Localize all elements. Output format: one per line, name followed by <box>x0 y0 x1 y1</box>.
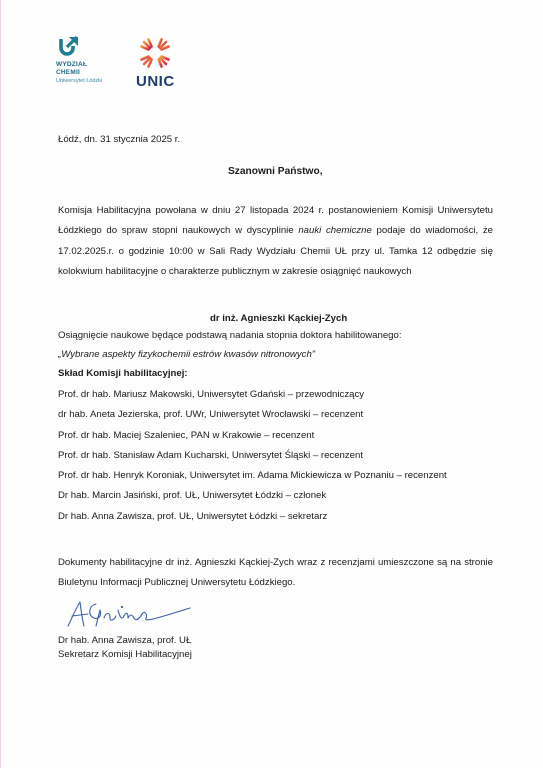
faculty-arrow-logo-icon <box>58 35 80 57</box>
letter-page: WYDZIAŁ CHEMII Uniwersytet Łódzki <box>0 0 543 768</box>
achievement-title: „Wybrane aspekty fizykochemii estrów kwa… <box>58 349 315 361</box>
faculty-name-line2: CHEMII <box>56 69 80 76</box>
faculty-logo: WYDZIAŁ CHEMII Uniwersytet Łódzki <box>54 34 124 98</box>
committee-member: Dr hab. Marcin Jasiński, prof. UŁ, Uniwe… <box>58 490 447 510</box>
committee-member: Prof. dr hab. Maciej Szaleniec, PAN w Kr… <box>58 430 447 450</box>
committee-member: Prof. dr hab. Stanisław Adam Kucharski, … <box>58 450 447 470</box>
committee-heading: Skład Komisji habilitacyjnej: <box>58 368 188 380</box>
achievement-label: Osiągnięcie naukowe będące podstawą nada… <box>58 330 402 342</box>
salutation: Szanowni Państwo, <box>228 166 323 178</box>
faculty-name-line1: WYDZIAŁ <box>56 61 87 68</box>
unic-sunburst-logo-icon <box>138 36 172 70</box>
unic-logo: UNIC <box>132 34 182 98</box>
header-logos: WYDZIAŁ CHEMII Uniwersytet Łódzki <box>54 34 194 98</box>
page-edge <box>0 0 1 768</box>
discipline-name: nauki chemiczne <box>298 225 372 236</box>
documents-note: Dokumenty habilitacyjne dr inż. Agnieszk… <box>58 553 493 594</box>
candidate-name: dr inż. Agnieszki Kąckiej-Zych <box>210 313 347 325</box>
unic-wordmark: UNIC <box>136 73 175 90</box>
letter-date: Łódź, dn. 31 stycznia 2025 r. <box>58 134 180 146</box>
signatory-name: Dr hab. Anna Zawisza, prof. UŁ <box>58 635 191 647</box>
committee-member: Prof. dr hab. Mariusz Makowski, Uniwersy… <box>58 389 447 409</box>
university-name: Uniwersytet Łódzki <box>56 78 102 84</box>
committee-member: Dr hab. Anna Zawisza, prof. UŁ, Uniwersy… <box>58 511 447 531</box>
committee-member: dr hab. Aneta Jezierska, prof. UWr, Uniw… <box>58 409 447 429</box>
handwritten-signature-icon <box>62 596 192 632</box>
committee-member: Prof. dr hab. Henryk Koroniak, Uniwersyt… <box>58 470 447 490</box>
committee-list: Prof. dr hab. Mariusz Makowski, Uniwersy… <box>58 389 447 531</box>
signatory-role: Sekretarz Komisji Habilitacyjnej <box>58 649 192 661</box>
intro-paragraph: Komisja Habilitacyjna powołana w dniu 27… <box>58 201 493 282</box>
